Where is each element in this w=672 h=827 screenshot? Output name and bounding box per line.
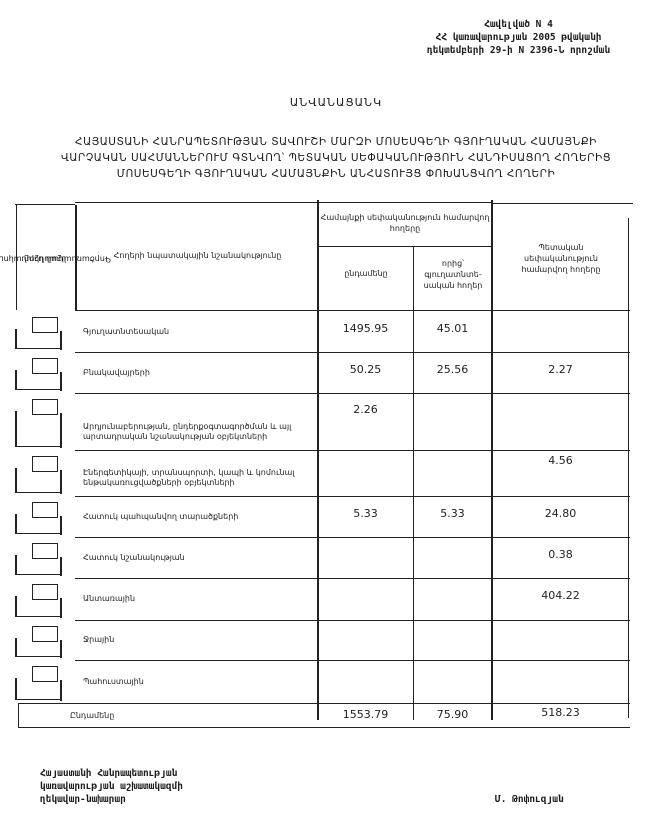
row-purpose: Բնակավայրերի xyxy=(83,368,315,378)
divider xyxy=(317,200,319,720)
land-table: Գործառնական նշանակությաննշանները Հողերի … xyxy=(0,0,672,827)
divider xyxy=(628,218,629,718)
agri-header-line3: սական հողեր xyxy=(415,280,491,291)
divider xyxy=(75,450,630,451)
agri-header-line1: որից՝ xyxy=(415,258,491,269)
signatory-line-3: ղեկավար-նախարար xyxy=(40,793,183,806)
row-purpose-line1: Արդյունաբերության, ընդերքօգտագործման և ա… xyxy=(83,422,315,432)
row-purpose-line1: Հատուկ պահպանվող տարածքների xyxy=(83,512,315,522)
community-column-group-header: Համայնքի սեփականություն համարվող հողերը xyxy=(320,212,490,234)
divider xyxy=(75,620,630,621)
row-state: 4.56 xyxy=(493,454,628,467)
code-bracket xyxy=(15,514,62,534)
row-state: 2.27 xyxy=(493,363,628,376)
row-purpose-line1: Հատուկ նշանակության xyxy=(83,553,315,563)
signatory-name: Մ. Թոփուզյան xyxy=(495,794,564,805)
code-bracket xyxy=(15,596,62,617)
divider xyxy=(75,537,630,538)
code-bracket-edge xyxy=(60,640,62,658)
row-total: 5.33 xyxy=(318,507,413,520)
code-header-line2: նշանները xyxy=(24,254,66,265)
code-bracket xyxy=(15,370,62,390)
code-bracket-edge xyxy=(60,470,62,494)
totals-label: Ընդամենը xyxy=(70,711,114,721)
code-bracket-edge xyxy=(60,413,62,448)
divider xyxy=(15,204,75,205)
state-header-line2: սեփականություն xyxy=(495,253,627,264)
row-agri: 45.01 xyxy=(414,322,491,335)
divider xyxy=(493,203,633,204)
row-purpose: Հատուկ պահպանվող տարածքների xyxy=(83,512,315,522)
divider xyxy=(75,393,630,394)
row-agri: 5.33 xyxy=(414,507,491,520)
code-bracket-edge xyxy=(60,557,62,576)
agri-column-header: որից՝ գյուղատնտե- սական հողեր xyxy=(415,258,491,291)
divider xyxy=(75,310,630,311)
agri-header-line2: գյուղատնտե- xyxy=(415,269,491,280)
row-total: 50.25 xyxy=(318,363,413,376)
code-bracket-edge xyxy=(60,331,62,350)
divider xyxy=(318,246,492,247)
row-purpose-line2: արտադրական նշանակության օբյեկտների xyxy=(83,432,315,442)
purpose-column-header: Հողերի նպատակային նշանակությունը xyxy=(80,250,315,261)
code-bracket xyxy=(15,329,62,349)
row-total: 2.26 xyxy=(318,403,413,416)
community-header-line1: Համայնքի սեփականություն համարվող հողերը xyxy=(320,212,490,234)
code-bracket-edge xyxy=(60,516,62,535)
signatory-title: Հայաստանի Հանրապետության կառավարության ա… xyxy=(40,767,183,806)
totals-state: 518.23 xyxy=(493,706,628,719)
row-purpose: Գյուղատնտեսական xyxy=(83,327,315,337)
divider xyxy=(75,660,630,661)
divider xyxy=(75,496,630,497)
row-purpose: Հատուկ նշանակության xyxy=(83,553,315,563)
row-purpose-line1: Պահուստային xyxy=(83,677,315,687)
divider xyxy=(18,703,630,704)
code-bracket-edge xyxy=(60,598,62,618)
signatory-line-2: կառավարության աշխատակազմի xyxy=(40,780,183,793)
row-purpose-line1: Անտառային xyxy=(83,594,315,604)
code-bracket xyxy=(15,411,62,447)
row-purpose-line1: Բնակավայրերի xyxy=(83,368,315,378)
row-state: 24.80 xyxy=(493,507,628,520)
signatory-line-1: Հայաստանի Հանրապետության xyxy=(40,767,183,780)
code-bracket xyxy=(15,638,62,657)
state-header-line1: Պետական xyxy=(495,242,627,253)
code-bracket-edge xyxy=(60,372,62,391)
row-purpose: Անտառային xyxy=(83,594,315,604)
divider xyxy=(75,352,630,353)
row-purpose-line1: Գյուղատնտեսական xyxy=(83,327,315,337)
row-purpose: Էներգետիկայի, տրանսպորտի, կապի և կոմունա… xyxy=(83,468,315,488)
code-bracket xyxy=(15,468,62,493)
state-column-header: Պետական սեփականություն համարվող հողերը xyxy=(495,242,627,275)
divider xyxy=(75,578,630,579)
row-purpose-line2: ենթակառուցվածքների օբյեկտների xyxy=(83,478,315,488)
row-state: 0.38 xyxy=(493,548,628,561)
row-purpose: Ջրային xyxy=(83,635,315,645)
code-bracket-edge xyxy=(60,680,62,701)
divider xyxy=(413,246,414,720)
divider xyxy=(18,703,19,727)
row-purpose: Պահուստային xyxy=(83,677,315,687)
divider xyxy=(75,202,493,203)
row-purpose-line1: Էներգետիկայի, տրանսպորտի, կապի և կոմունա… xyxy=(83,468,315,478)
state-header-line3: համարվող հողերը xyxy=(495,264,627,275)
row-purpose: Արդյունաբերության, ընդերքօգտագործման և ա… xyxy=(83,422,315,442)
divider xyxy=(18,727,630,728)
total-column-header: ընդամենը xyxy=(320,268,412,279)
row-purpose-line1: Ջրային xyxy=(83,635,315,645)
code-column-header: Գործառնական նշանակությաննշանները xyxy=(17,208,73,310)
row-agri: 25.56 xyxy=(414,363,491,376)
totals-agri: 75.90 xyxy=(414,708,491,721)
row-total: 1495.95 xyxy=(318,322,413,335)
code-bracket xyxy=(15,555,62,575)
code-bracket xyxy=(15,678,62,700)
row-state: 404.22 xyxy=(493,589,628,602)
totals-total: 1553.79 xyxy=(318,708,413,721)
